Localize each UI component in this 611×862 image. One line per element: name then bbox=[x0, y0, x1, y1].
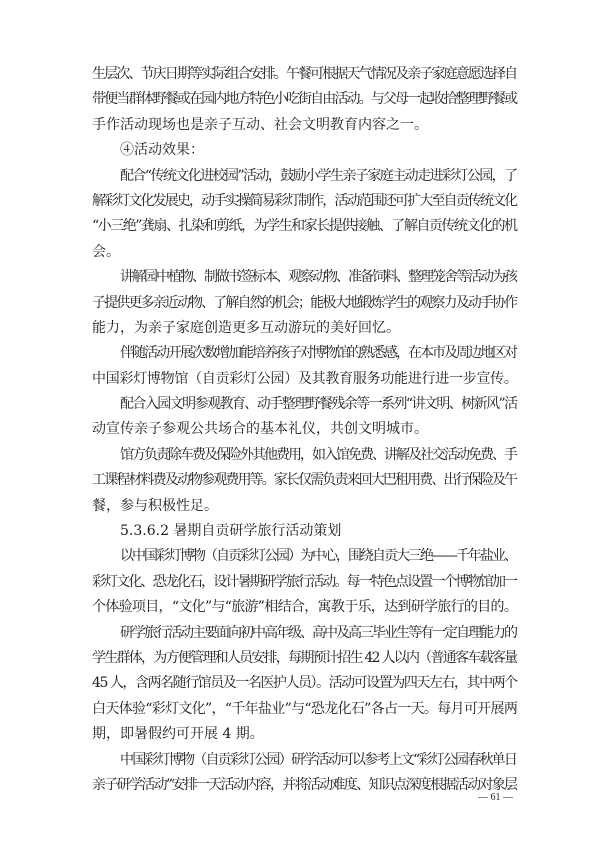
text-line: 亲子研学活动”安排一天活动内容，并将活动难度、知识点深度根据活动对象层 bbox=[92, 773, 518, 798]
text-line: 彩灯文化、恐龙化石，设计暑期研学旅行活动。每一特色点设置一个博物馆加一 bbox=[92, 570, 518, 595]
text-line: 中国彩灯博物（自贡彩灯公园）研学活动可以参考上文“彩灯公园春秋单日 bbox=[92, 748, 518, 773]
text-line: 解彩灯文化发展史，动手实操简易彩灯制作，活动范围还可扩大至自贡传统文化 bbox=[92, 189, 518, 214]
text-line: 5.3.6.2 暑期自贡研学旅行活动策划 bbox=[92, 519, 518, 544]
text-line: 工课程材料费及动物参观费用等。家长仅需负责来回大巴租用费、出行保险及午 bbox=[92, 468, 518, 493]
text-line: 讲解园中植物、制做书签标本、观察动物、准备饲料、整理笼舍等活动为孩 bbox=[92, 265, 518, 290]
text-line: 配合入园文明参观教育、动手整理野餐残余等一系列“讲文明、树新风”活 bbox=[92, 392, 518, 417]
text-line: 以中国彩灯博物（自贡彩灯公园）为中心，围绕自贡大三绝——千年盐业、 bbox=[92, 544, 518, 569]
text-line: 中国彩灯博物馆（自贡彩灯公园）及其教育服务功能进行进一步宣传。 bbox=[92, 367, 518, 392]
text-line: 生层次、节庆日期等实际组合安排。午餐可根据天气情况及亲子家庭意愿选择自 bbox=[92, 62, 518, 87]
text-line: 馆方负责除车费及保险外其他费用，如入馆免费、讲解及社交活动免费、手 bbox=[92, 443, 518, 468]
text-line: 白天体验“彩灯文化”，“千年盐业”与“恐龙化石”各占一天。每月可开展两 bbox=[92, 697, 518, 722]
body-text: 生层次、节庆日期等实际组合安排。午餐可根据天气情况及亲子家庭意愿选择自带便当群体… bbox=[92, 62, 518, 798]
text-line: 个体验项目，“文化”与“旅游”相结合，寓教于乐，达到研学旅行的目的。 bbox=[92, 595, 518, 620]
document-page: 生层次、节庆日期等实际组合安排。午餐可根据天气情况及亲子家庭意愿选择自带便当群体… bbox=[0, 0, 611, 862]
text-line: 动宣传亲子参观公共场合的基本礼仪，共创文明城市。 bbox=[92, 417, 518, 442]
text-line: 学生群体，为方便管理和人员安排，每期预计招生 42 人以内（普通客车载客量 bbox=[92, 646, 518, 671]
page-number: — 61 — bbox=[478, 792, 513, 803]
text-line: 会。 bbox=[92, 240, 518, 265]
text-line: 期，即暑假约可开展 4 期。 bbox=[92, 722, 518, 747]
text-line: “小三绝”龚扇、扎染和剪纸，为学生和家长提供接触、了解自贡传统文化的机 bbox=[92, 214, 518, 239]
text-line: 伴随活动开展次数增加能培养孩子对博物馆的熟悉感，在本市及周边地区对 bbox=[92, 341, 518, 366]
text-line: 配合“传统文化进校园”活动，鼓励小学生亲子家庭主动走进彩灯公园，了 bbox=[92, 164, 518, 189]
text-line: 带便当群体野餐或在园内地方特色小吃街自由活动。与父母一起收拾整理野餐或 bbox=[92, 87, 518, 112]
text-line: 餐，参与积极性足。 bbox=[92, 494, 518, 519]
text-line: 能力，为亲子家庭创造更多互动游玩的美好回忆。 bbox=[92, 316, 518, 341]
text-line: 研学旅行活动主要面向初中高年级、高中及高三毕业生等有一定自理能力的 bbox=[92, 621, 518, 646]
text-line: 子提供更多亲近动物、了解自然的机会；能极大地锻炼学生的观察力及动手协作 bbox=[92, 291, 518, 316]
text-line: ④活动效果： bbox=[92, 138, 518, 163]
text-line: 手作活动现场也是亲子互动、社会文明教育内容之一。 bbox=[92, 113, 518, 138]
text-line: 45 人，含两名随行馆员及一名医护人员）。活动可设置为四天左右，其中两个 bbox=[92, 671, 518, 696]
